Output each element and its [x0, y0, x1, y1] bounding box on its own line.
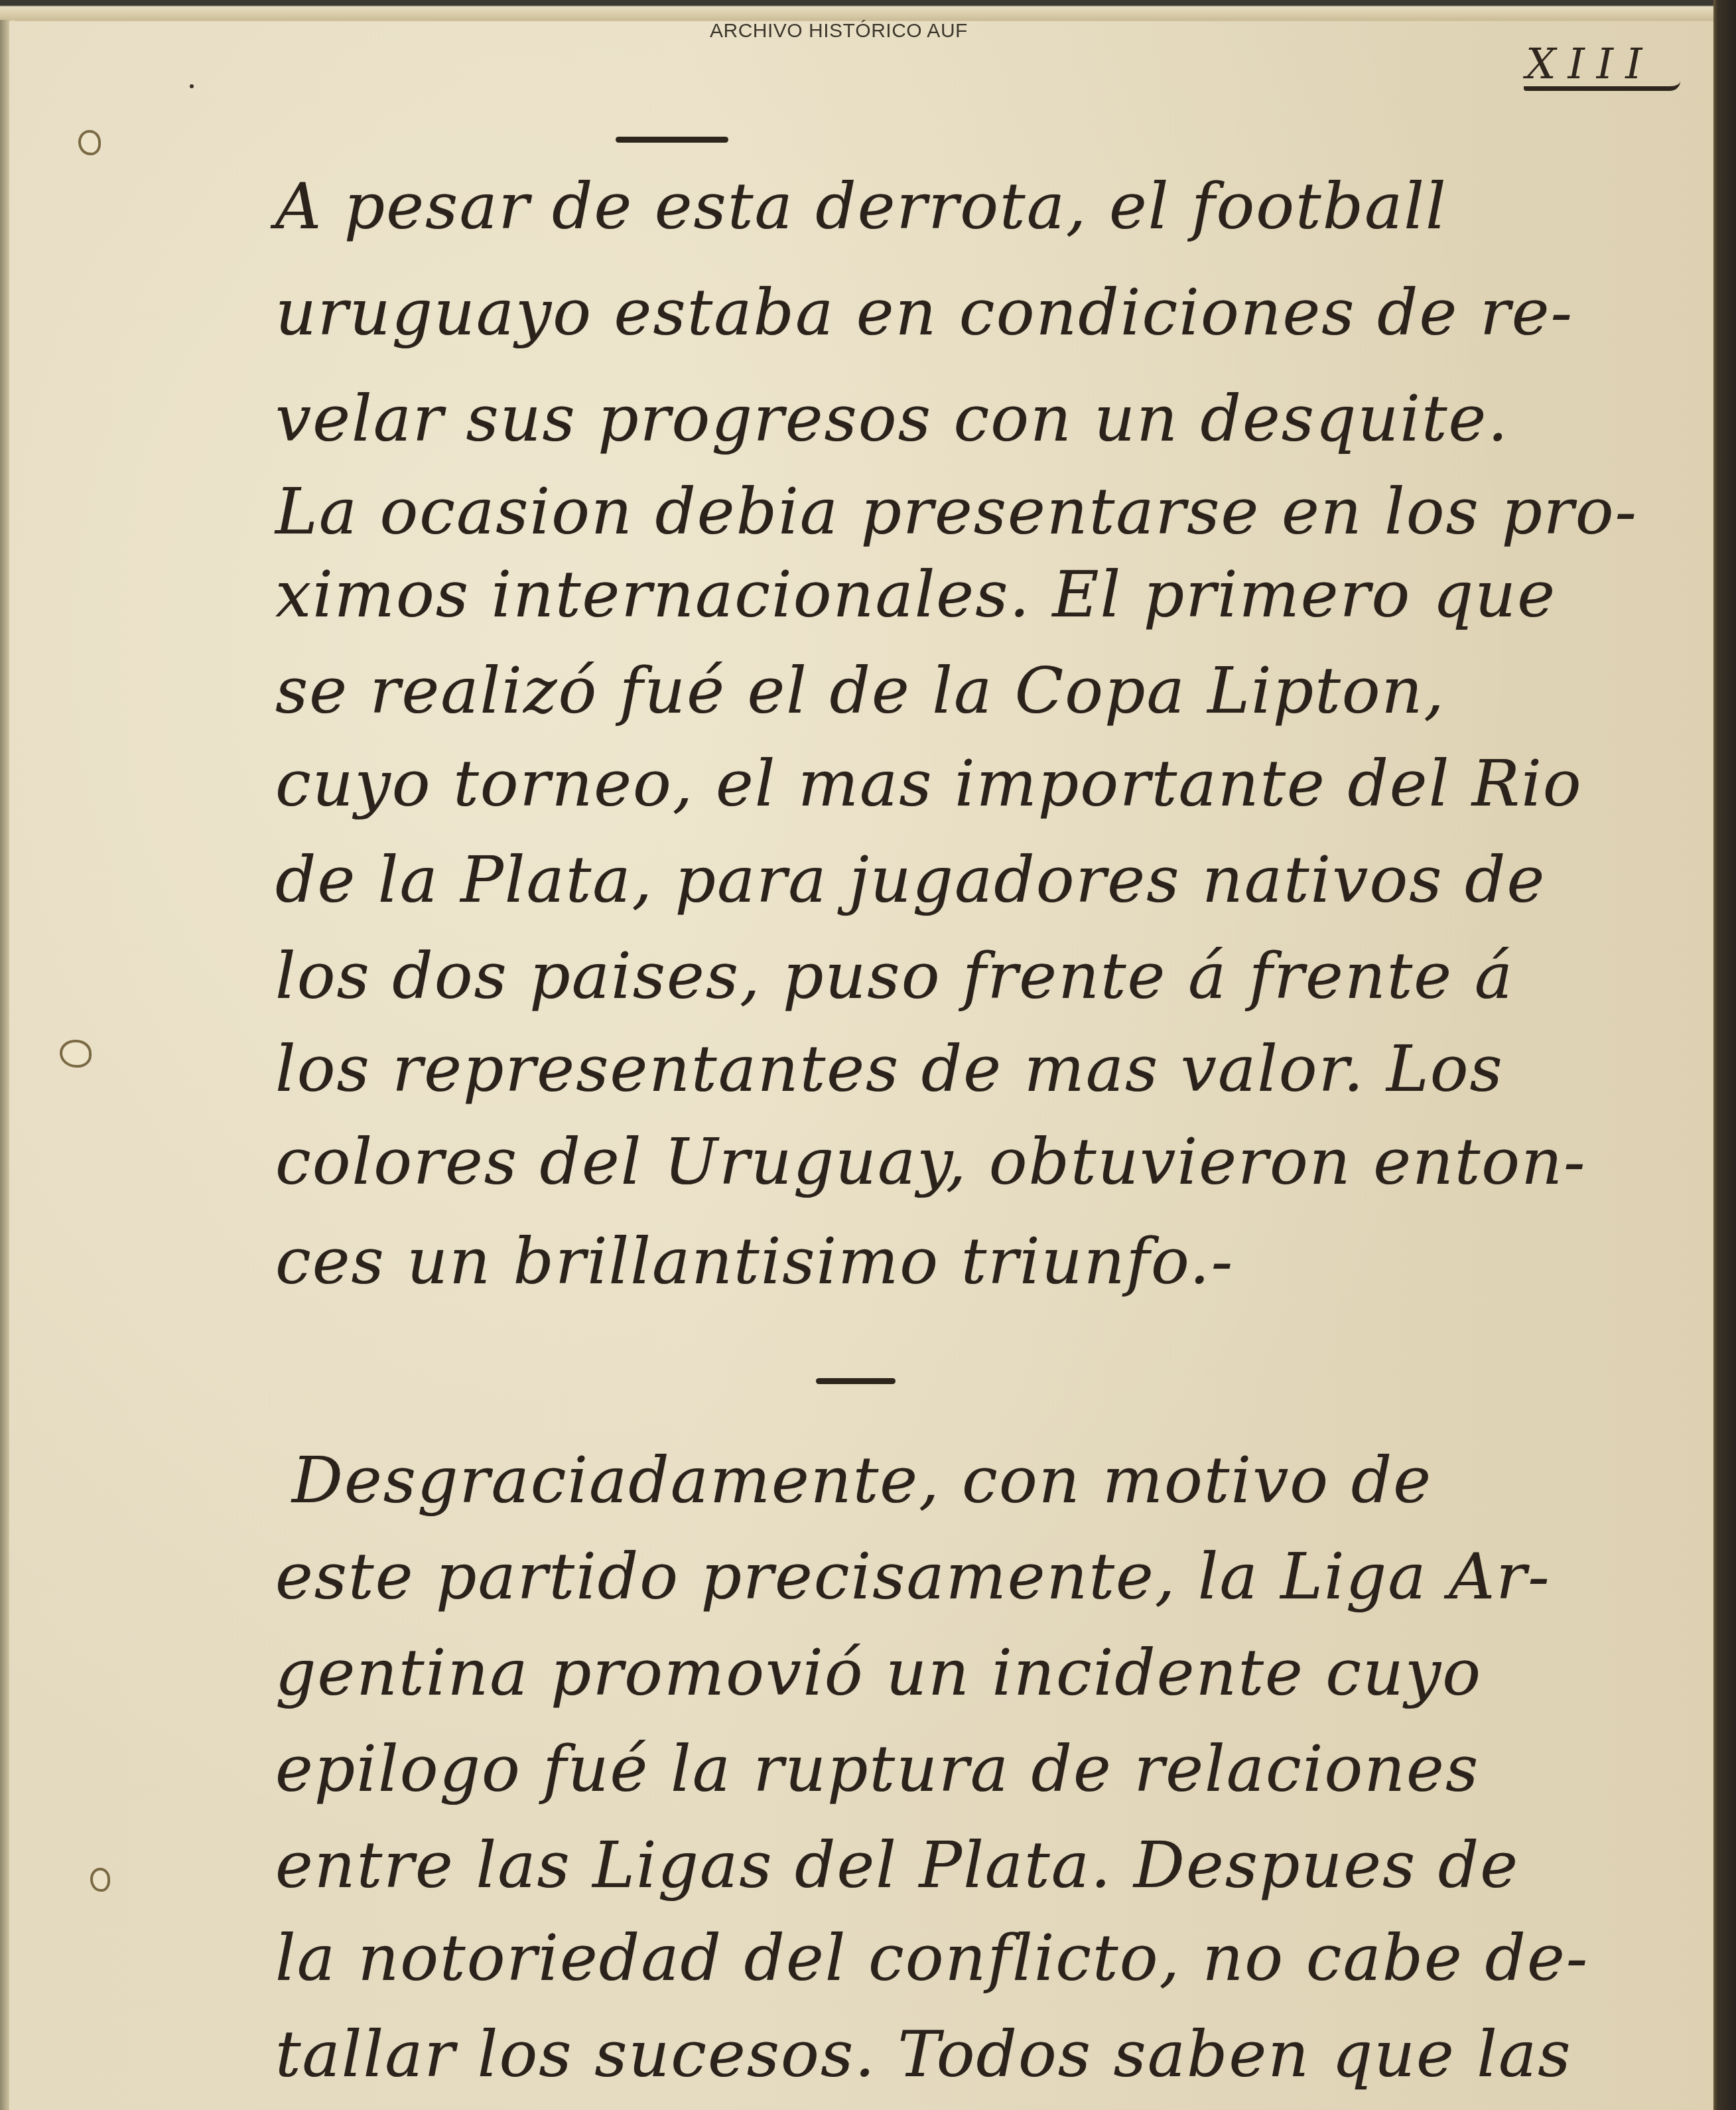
text-line: ximos internacionales. El primero que [275, 557, 1556, 632]
ink-speck [190, 84, 194, 88]
text-line: Desgraciadamente, con motivo de [292, 1443, 1432, 1517]
text-line: entre las Ligas del Plata. Despues de [275, 1828, 1519, 1902]
text-line: de la Plata, para jugadores nativos de [275, 843, 1546, 917]
text-line: velar sus progresos con un desquite. [275, 382, 1509, 456]
text-line: La ocasion debia presentarse en los pro- [275, 474, 1638, 549]
text-line: los dos paises, puso frente á frente á [275, 939, 1514, 1013]
text-line: colores del Uruguay, obtuvieron enton- [275, 1125, 1586, 1199]
text-line: se realizó fué el de la Copa Lipton, [275, 654, 1445, 728]
archive-watermark: ARCHIVO HISTÓRICO AUF [710, 20, 968, 42]
punch-hole-top [78, 130, 101, 155]
text-line: cuyo torneo, el mas importante del Rio [275, 746, 1583, 821]
text-line: uruguayo estaba en condiciones de re- [275, 275, 1573, 350]
section-separator-top [616, 137, 728, 143]
folio-underline [1524, 81, 1680, 91]
text-line: gentina promovió un incidente cuyo [275, 1636, 1482, 1710]
text-line: los representantes de mas valor. Los [275, 1032, 1504, 1106]
text-line: este partido precisamente, la Liga Ar- [275, 1539, 1551, 1614]
text-line: la notoriedad del conflicto, no cabe de- [275, 1921, 1589, 1995]
punch-hole-bottom [90, 1868, 110, 1892]
text-line: ces un brillantisimo triunfo.- [275, 1224, 1234, 1299]
text-line: tallar los sucesos. Todos saben que las [275, 2017, 1572, 2091]
text-line: epilogo fué la ruptura de relaciones [275, 1732, 1479, 1806]
section-separator-middle [816, 1378, 896, 1384]
text-line: A pesar de esta derrota, el football [275, 169, 1447, 244]
punch-hole-middle [60, 1040, 92, 1068]
page-right-edge [1713, 0, 1736, 2110]
